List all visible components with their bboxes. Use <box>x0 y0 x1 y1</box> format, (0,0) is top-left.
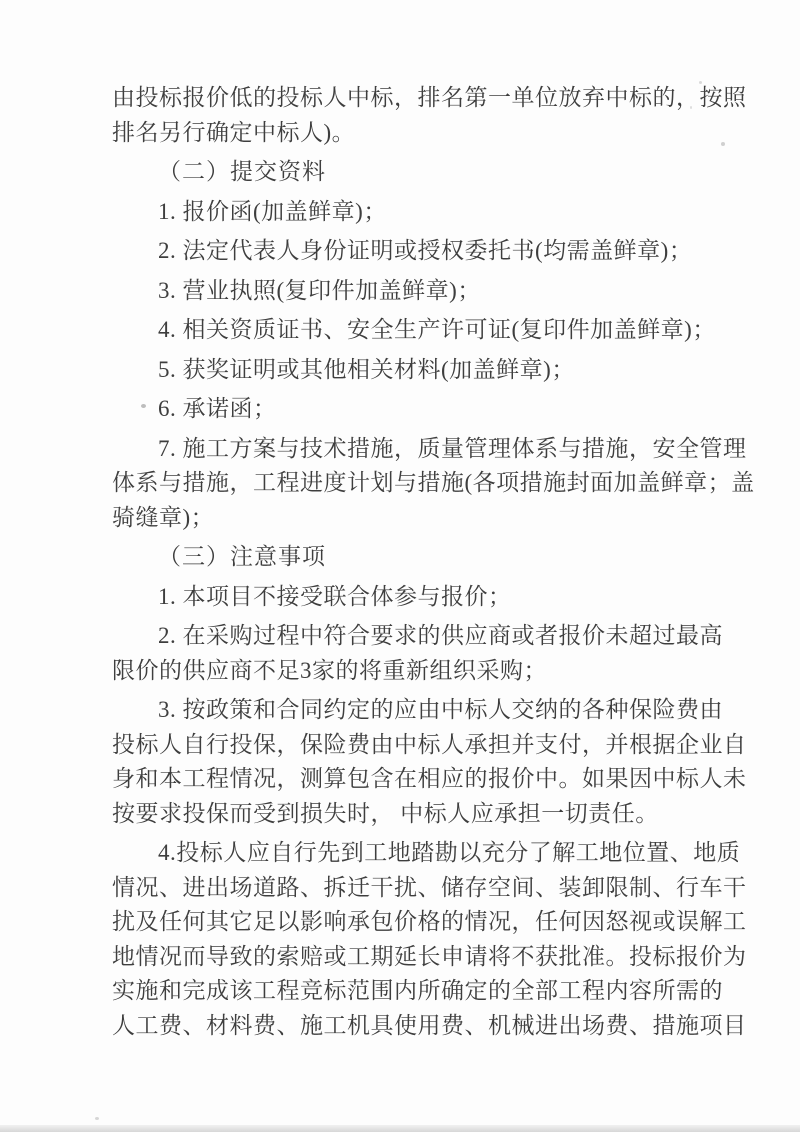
list-item-3: 3. 营业执照(复印件加盖鲜章)； <box>112 274 757 309</box>
section-heading-notes: （三）注意事项 <box>112 540 757 575</box>
text-line: 骑缝章)； <box>112 501 757 536</box>
paragraph-continuation: 由投标报价低的投标人中标，排名第一单位放弃中标的，按照 排名另行确定中标人)。 <box>112 81 757 150</box>
text-line: 由投标报价低的投标人中标，排名第一单位放弃中标的，按照 <box>112 81 757 116</box>
text-line: 投标人自行投保，保险费由中标人承担并支付，并根据企业自 <box>112 728 757 763</box>
text-line: 2. 法定代表人身份证明或授权委托书(均需盖鲜章)； <box>112 234 757 269</box>
text-line: 实施和完成该工程竞标范围内所确定的全部工程内容所需的 <box>112 974 757 1009</box>
scan-speck <box>721 142 725 146</box>
list-item-1: 1. 报价函(加盖鲜章)； <box>112 195 757 230</box>
list-item-2: 2. 法定代表人身份证明或授权委托书(均需盖鲜章)； <box>112 234 757 269</box>
list-item-6: 6. 承诺函； <box>112 392 757 427</box>
section-heading-text: （三）注意事项 <box>112 540 757 575</box>
text-line: 4. 相关资质证书、安全生产许可证(复印件加盖鲜章)； <box>112 313 757 348</box>
text-line: 5. 获奖证明或其他相关材料(加盖鲜章)； <box>112 353 757 388</box>
scan-speck <box>141 404 146 408</box>
text-line: 1. 报价函(加盖鲜章)； <box>112 195 757 230</box>
list-item-5: 5. 获奖证明或其他相关材料(加盖鲜章)； <box>112 353 757 388</box>
scan-speck <box>95 1117 99 1120</box>
scan-speck <box>699 81 702 84</box>
list-item-7: 7. 施工方案与技术措施，质量管理体系与措施，安全管理 体系与措施，工程进度计划… <box>112 432 757 536</box>
text-line: 地情况而导致的索赔或工期延长申请将不获批准。投标报价为 <box>112 940 757 975</box>
note-item-1: 1. 本项目不接受联合体参与报价； <box>112 580 757 615</box>
scan-speck <box>690 106 692 109</box>
note-item-3: 3. 按政策和合同约定的应由中标人交纳的各种保险费由 投标人自行投保，保险费由中… <box>112 693 757 831</box>
document-body: 由投标报价低的投标人中标，排名第一单位放弃中标的，按照 排名另行确定中标人)。 … <box>112 81 757 1048</box>
text-line: 1. 本项目不接受联合体参与报价； <box>112 580 757 615</box>
text-line: 7. 施工方案与技术措施，质量管理体系与措施，安全管理 <box>112 432 757 467</box>
text-line: 人工费、材料费、施工机具使用费、机械进出场费、措施项目 <box>112 1009 757 1044</box>
text-line: 按要求投保而受到损失时， 中标人应承担一切责任。 <box>112 797 757 832</box>
note-item-4: 4.投标人应自行先到工地踏勘以充分了解工地位置、地质 情况、进出场道路、拆迁干扰… <box>112 836 757 1043</box>
text-line: 体系与措施，工程进度计划与措施(各项措施封面加盖鲜章；盖 <box>112 466 757 501</box>
text-line: 2. 在采购过程中符合要求的供应商或者报价未超过最高 <box>112 619 757 654</box>
text-line: 6. 承诺函； <box>112 392 757 427</box>
text-line: 扰及任何其它足以影响承包价格的情况，任何因怒视或误解工 <box>112 905 757 940</box>
scan-edge-strip <box>0 1125 800 1132</box>
text-line: 3. 按政策和合同约定的应由中标人交纳的各种保险费由 <box>112 693 757 728</box>
section-heading-submission-materials: （二）提交资料 <box>112 155 757 190</box>
text-line: 排名另行确定中标人)。 <box>112 116 757 151</box>
note-item-2: 2. 在采购过程中符合要求的供应商或者报价未超过最高 限价的供应商不足3家的将重… <box>112 619 757 688</box>
text-line: 限价的供应商不足3家的将重新组织采购； <box>112 654 757 689</box>
text-line: 4.投标人应自行先到工地踏勘以充分了解工地位置、地质 <box>112 836 757 871</box>
text-line: 情况、进出场道路、拆迁干扰、储存空间、装卸限制、行车干 <box>112 871 757 906</box>
text-line: 3. 营业执照(复印件加盖鲜章)； <box>112 274 757 309</box>
section-heading-text: （二）提交资料 <box>112 155 757 190</box>
list-item-4: 4. 相关资质证书、安全生产许可证(复印件加盖鲜章)； <box>112 313 757 348</box>
text-line: 身和本工程情况，测算包含在相应的报价中。如果因中标人未 <box>112 762 757 797</box>
scanned-document-page: 由投标报价低的投标人中标，排名第一单位放弃中标的，按照 排名另行确定中标人)。 … <box>0 0 800 1132</box>
